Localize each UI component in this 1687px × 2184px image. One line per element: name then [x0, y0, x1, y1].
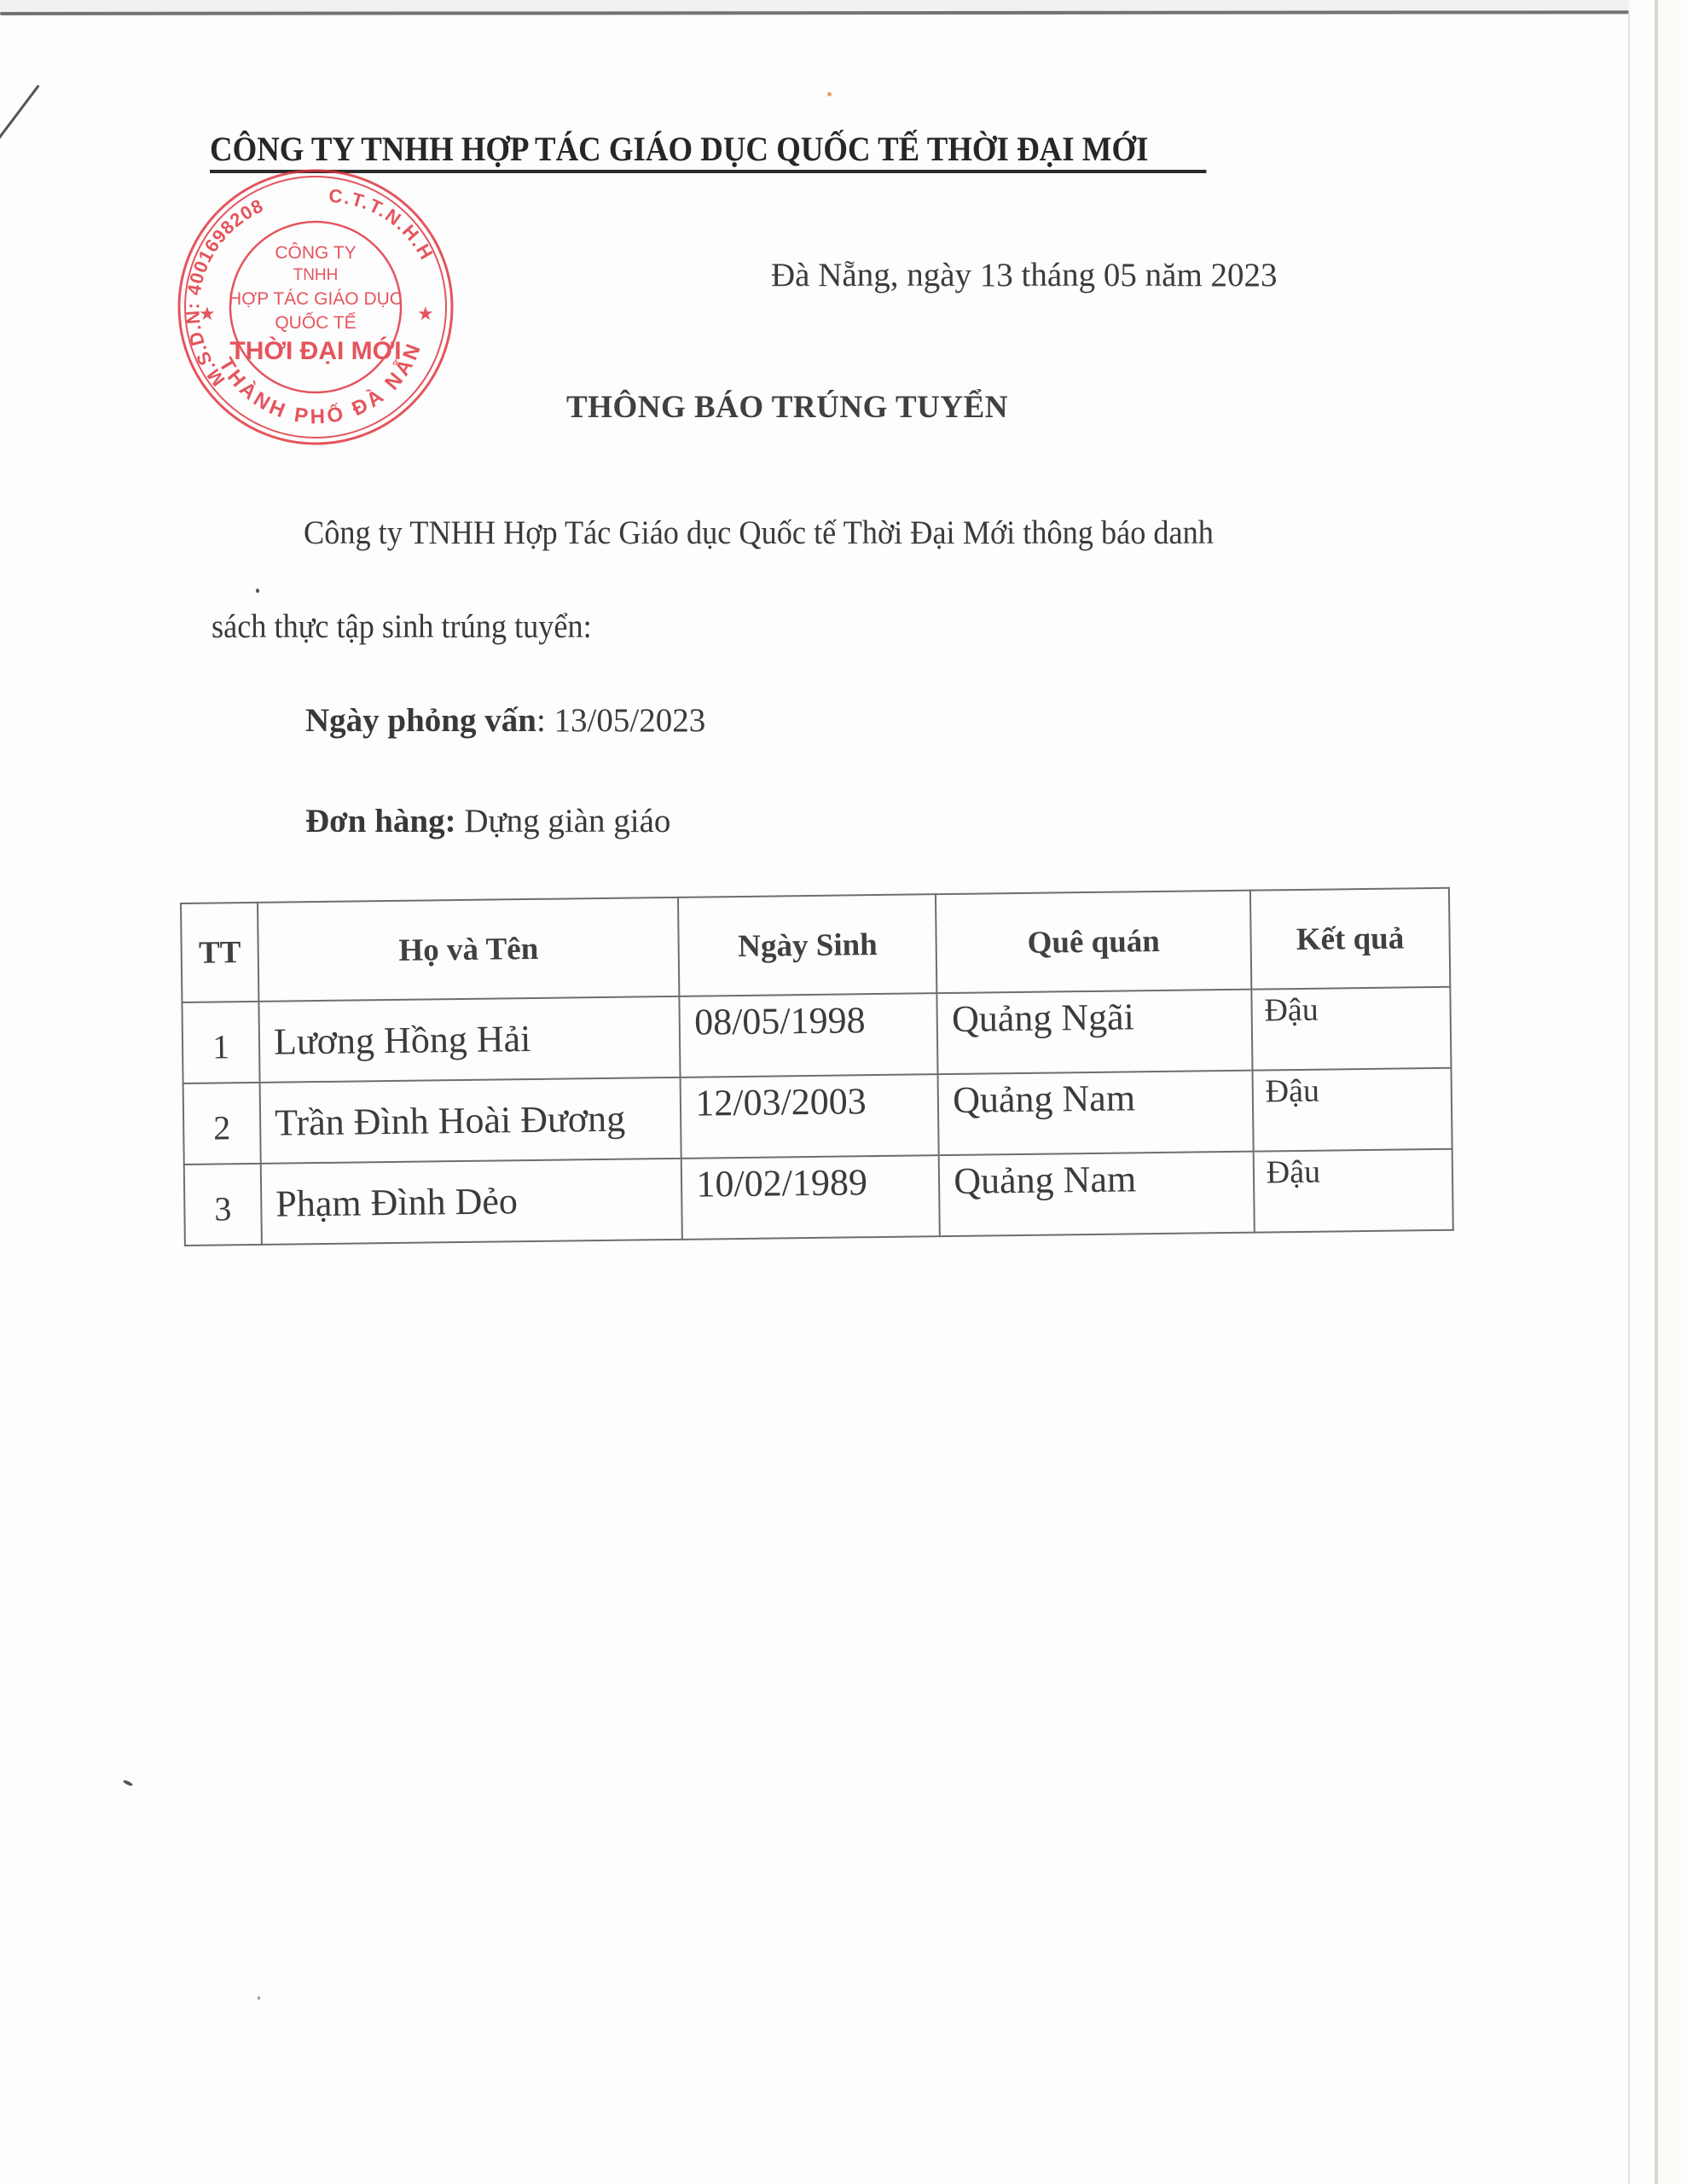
stamp-line-4: QUỐC TẾ — [275, 312, 356, 333]
cell-hometown: Quảng Ngãi — [937, 990, 1253, 1074]
cell-hometown: Quảng Nam — [938, 1071, 1254, 1155]
header-result: Kết quả — [1250, 888, 1451, 990]
stamp-star-right: ★ — [417, 303, 434, 324]
results-table: TT Họ và Tên Ngày Sinh Quê quán Kết quả … — [180, 887, 1454, 1246]
cell-tt: 1 — [182, 1002, 259, 1083]
header-dob: Ngày Sinh — [678, 894, 936, 996]
scan-right-fold — [1628, 12, 1630, 2184]
speck — [258, 1996, 260, 2000]
cell-name: Phạm Đình Dẻo — [261, 1159, 682, 1245]
body-text-line-1: Công ty TNHH Hợp Tác Giáo dục Quốc tế Th… — [304, 514, 1214, 552]
scan-right-margin — [1658, 0, 1687, 2184]
scanned-page: CÔNG TY TNHH HỢP TÁC GIÁO DỤC QUỐC TẾ TH… — [0, 0, 1687, 2184]
cell-tt: 3 — [184, 1164, 262, 1246]
interview-date-value: : 13/05/2023 — [536, 702, 705, 739]
stamp-star-left: ★ — [199, 303, 216, 324]
table-row: 1 Lương Hồng Hải 08/05/1998 Quảng Ngãi Đ… — [182, 987, 1451, 1083]
header-hometown: Quê quán — [936, 891, 1251, 993]
cell-tt: 2 — [183, 1083, 261, 1165]
header-tt: TT — [181, 903, 258, 1002]
cell-result: Đậu — [1252, 1068, 1452, 1152]
stamp-line-2: TNHH — [293, 266, 339, 284]
order-info: Đơn hàng: Dựng giàn giáo — [305, 802, 670, 840]
order-value: Dựng giàn giáo — [456, 803, 671, 839]
speck — [256, 589, 259, 593]
header-name: Họ và Tên — [258, 897, 680, 1002]
document-title: THÔNG BÁO TRÚNG TUYỂN — [566, 389, 1008, 426]
interview-date: Ngày phỏng vấn: 13/05/2023 — [305, 701, 705, 740]
cell-result: Đậu — [1251, 987, 1451, 1071]
table-row: 3 Phạm Đình Dẻo 10/02/1989 Quảng Nam Đậu — [184, 1149, 1453, 1246]
speck — [827, 92, 832, 96]
cell-name: Lương Hồng Hải — [258, 996, 680, 1083]
cell-dob: 12/03/2003 — [681, 1074, 939, 1159]
stamp-seal-icon: M.S.D.N: 4001698208 C.T.T.N.H.H THÀNH PH… — [175, 166, 456, 448]
date-line: Đà Nẵng, ngày 13 tháng 05 năm 2023 — [771, 256, 1278, 294]
cell-dob: 10/02/1989 — [681, 1155, 940, 1240]
cell-name: Trần Đình Hoài Đương — [260, 1077, 681, 1164]
stamp-line-1: CÔNG TY — [275, 243, 356, 263]
company-stamp: M.S.D.N: 4001698208 C.T.T.N.H.H THÀNH PH… — [175, 166, 456, 448]
cell-result: Đậu — [1253, 1149, 1452, 1233]
order-label: Đơn hàng: — [305, 803, 456, 839]
stamp-line-5: THỜI ĐẠI MỚI — [229, 336, 401, 365]
pen-mark — [0, 84, 40, 141]
table-row: 2 Trần Đình Hoài Đương 12/03/2003 Quảng … — [183, 1068, 1452, 1165]
table-header-row: TT Họ và Tên Ngày Sinh Quê quán Kết quả — [181, 888, 1450, 1002]
interview-date-label: Ngày phỏng vấn — [305, 702, 536, 739]
scan-top-edge — [0, 10, 1629, 15]
body-text-line-2: sách thực tập sinh trúng tuyển: — [212, 607, 592, 646]
stamp-line-3: HỢP TÁC GIÁO DỤC — [229, 289, 403, 309]
speck — [123, 1780, 134, 1787]
cell-dob: 08/05/1998 — [680, 993, 938, 1077]
cell-hometown: Quảng Nam — [939, 1152, 1255, 1236]
